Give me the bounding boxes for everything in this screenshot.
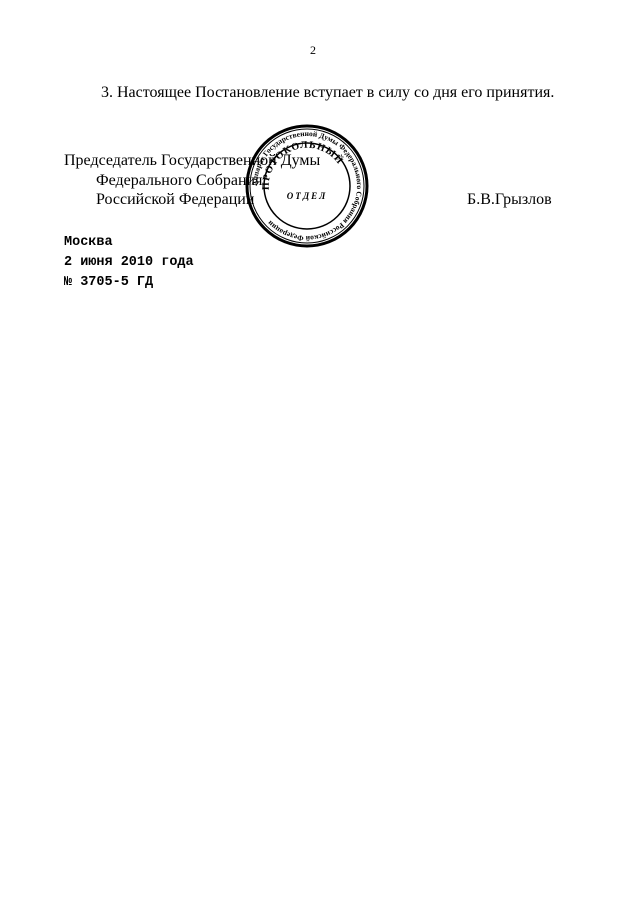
signer-title-line-3: Российской Федерации	[96, 191, 254, 209]
clause-text: 3. Настоящее Постановление вступает в си…	[101, 84, 554, 102]
signer-name: Б.В.Грызлов	[467, 191, 552, 209]
stamp-center-text: ОТДЕЛ	[287, 191, 328, 201]
official-stamp: Аппарат Государственной Думы Федеральног…	[245, 124, 369, 248]
document-number: № 3705-5 ГД	[64, 275, 153, 290]
signer-title-line-2: Федерального Собрания	[96, 172, 262, 190]
page-number: 2	[310, 43, 316, 58]
city: Москва	[64, 235, 113, 250]
date: 2 июня 2010 года	[64, 255, 194, 270]
stamp-icon: Аппарат Государственной Думы Федеральног…	[245, 124, 369, 248]
